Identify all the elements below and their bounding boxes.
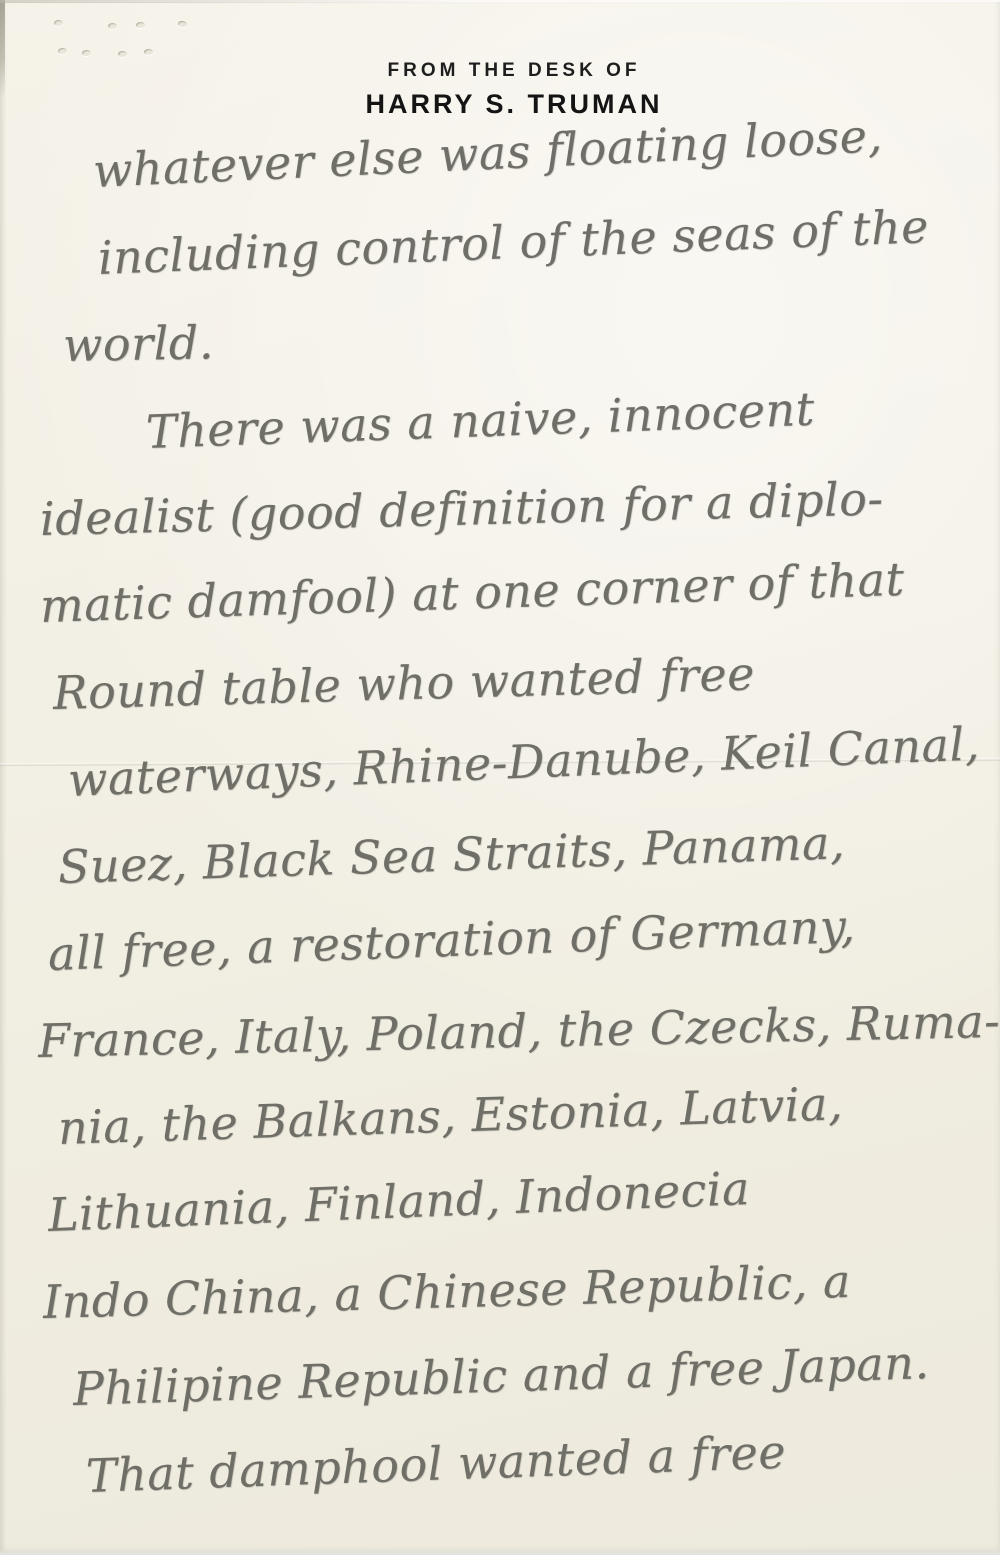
letterhead-from-line: FROM THE DESK OF <box>14 60 1000 82</box>
scan-edge-bottom <box>0 1549 1000 1555</box>
staple-mark-dot <box>54 20 63 26</box>
staple-mark-dot <box>178 20 188 27</box>
staple-mark-dot <box>108 23 117 29</box>
handwritten-body: whatever else was floating loose, includ… <box>38 128 978 1520</box>
staple-mark-dot <box>136 22 145 28</box>
staple-mark-dot <box>144 49 153 55</box>
staple-mark-dot <box>118 51 127 57</box>
scan-edge-left <box>0 0 5 98</box>
letter-paper: FROM THE DESK OF HARRY S. TRUMAN whateve… <box>0 0 1000 1555</box>
staple-mark-dot <box>58 48 67 54</box>
scan-edge-top <box>0 0 470 3</box>
staple-mark-dot <box>82 50 91 56</box>
staple-marks <box>40 14 240 64</box>
